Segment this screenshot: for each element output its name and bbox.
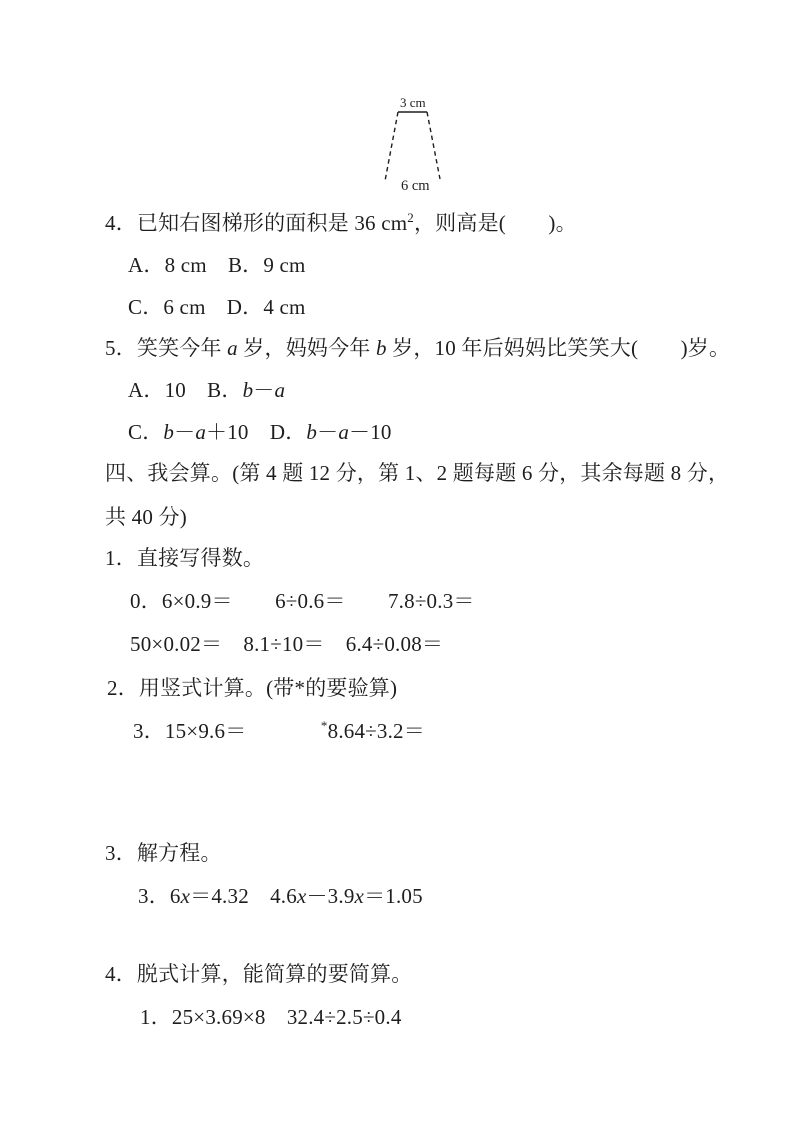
question-4-options-ab: A．8 cm B．9 cm [128,253,306,278]
item-1-calc-row-2: 50×0.02＝ 8.1÷10＝ 6.4÷0.08＝ [130,632,443,657]
section-4-header-line1: 四、我会算。(第 4 题 12 分，第 1、2 题每题 6 分，其余每题 8 分… [105,461,729,486]
question-4-text: 4．已知右图梯形的面积是 36 cm2，则高是( )。 [105,211,577,236]
worksheet-page: 3 cm 6 cm 4．已知右图梯形的面积是 36 cm2，则高是( )。 A．… [0,0,793,1122]
trapezoid-left-edge [385,112,398,181]
item-2-expressions: 3．15×9.6＝ *8.64÷3.2＝ [133,719,425,744]
item-3-expressions: 3．6x＝4.32 4.6x－3.9x＝1.05 [138,884,423,909]
question-4-options-cd: C．6 cm D．4 cm [128,295,306,320]
item-4-title: 4．脱式计算，能简算的要简算。 [105,962,413,987]
question-5-options-cd: C．b－a＋10 D．b－a－10 [128,420,392,445]
item-1-title: 1．直接写得数。 [105,546,264,571]
figure-top-dimension-label: 3 cm [400,95,426,111]
item-3-title: 3．解方程。 [105,841,222,866]
figure-bottom-dimension-label: 6 cm [401,178,430,195]
item-2-title: 2．用竖式计算。(带*的要验算) [107,676,397,701]
section-4-header-line2: 共 40 分) [105,505,187,530]
question-5-text: 5．笑笑今年 a 岁，妈妈今年 b 岁，10 年后妈妈比笑笑大( )岁。 [105,336,730,361]
trapezoid-right-edge [427,112,440,179]
question-5-options-ab: A．10 B．b－a [128,378,285,403]
item-4-expressions: 1．25×3.69×8 32.4÷2.5÷0.4 [140,1005,402,1030]
item-1-calc-row-1: 0．6×0.9＝ 6÷0.6＝ 7.8÷0.3＝ [130,589,475,614]
